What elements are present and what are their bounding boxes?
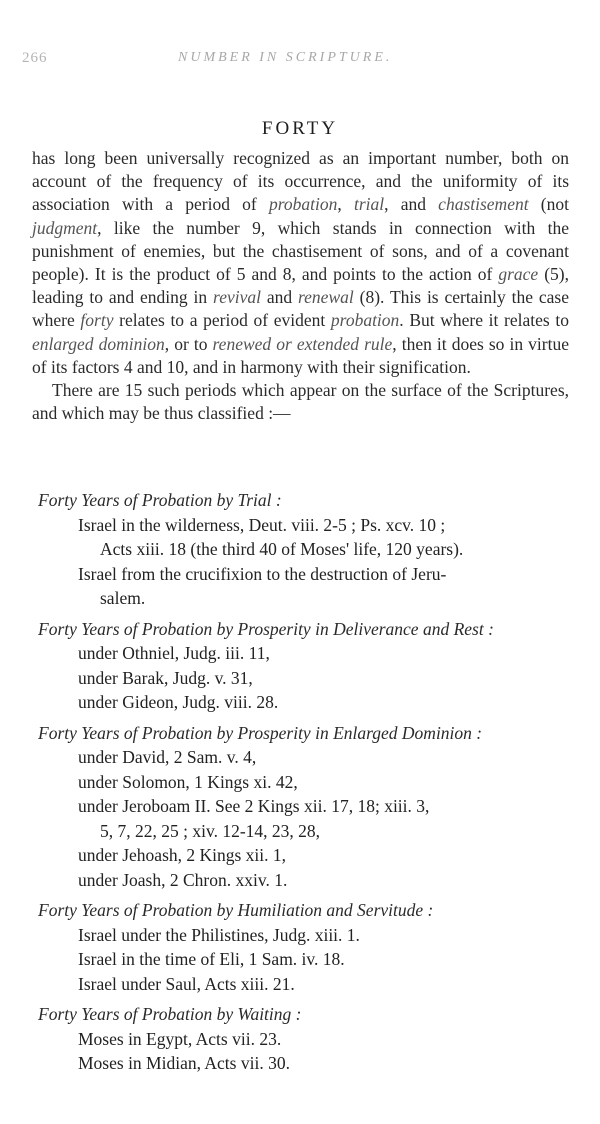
- group-heading: Forty Years of Probation by Prosperity i…: [0, 617, 600, 642]
- page-number: 266: [22, 50, 48, 67]
- intro-text: has long been universally recognized as …: [32, 147, 569, 425]
- running-title: NUMBER IN SCRIPTURE.: [178, 50, 392, 66]
- group-enlarged-dominion: Forty Years of Probation by Prosperity i…: [0, 721, 600, 893]
- running-head: 266 NUMBER IN SCRIPTURE.: [0, 50, 600, 74]
- classification-list: Forty Years of Probation by Trial : Isra…: [0, 488, 600, 1082]
- group-humiliation-servitude: Forty Years of Probation by Humiliation …: [0, 898, 600, 996]
- list-item: under Joash, 2 Chron. xxiv. 1.: [0, 868, 600, 893]
- list-item: under Othniel, Judg. iii. 11,: [0, 641, 600, 666]
- intro-paragraph-1: has long been universally recognized as …: [32, 147, 569, 379]
- list-item: Israel under Saul, Acts xiii. 21.: [0, 972, 600, 997]
- list-item: under Jeroboam II. See 2 Kings xii. 17, …: [0, 794, 600, 843]
- chapter-title: FORTY: [0, 118, 600, 140]
- group-trial: Forty Years of Probation by Trial : Isra…: [0, 488, 600, 611]
- group-waiting: Forty Years of Probation by Waiting : Mo…: [0, 1002, 600, 1076]
- group-deliverance-rest: Forty Years of Probation by Prosperity i…: [0, 617, 600, 715]
- list-item: under David, 2 Sam. v. 4,: [0, 745, 600, 770]
- group-heading: Forty Years of Probation by Waiting :: [0, 1002, 600, 1027]
- group-heading: Forty Years of Probation by Trial :: [0, 488, 600, 513]
- group-heading: Forty Years of Probation by Humiliation …: [0, 898, 600, 923]
- list-item: Israel in the time of Eli, 1 Sam. iv. 18…: [0, 947, 600, 972]
- list-item: Israel in the wilderness, Deut. viii. 2-…: [0, 513, 600, 562]
- list-item: Moses in Midian, Acts vii. 30.: [0, 1051, 600, 1076]
- list-item: under Barak, Judg. v. 31,: [0, 666, 600, 691]
- list-item: Israel from the crucifixion to the destr…: [0, 562, 600, 611]
- list-item: under Gideon, Judg. viii. 28.: [0, 690, 600, 715]
- list-item: under Jehoash, 2 Kings xii. 1,: [0, 843, 600, 868]
- group-heading: Forty Years of Probation by Prosperity i…: [0, 721, 600, 746]
- list-item: under Solomon, 1 Kings xi. 42,: [0, 770, 600, 795]
- list-item: Moses in Egypt, Acts vii. 23.: [0, 1027, 600, 1052]
- list-item: Israel under the Philistines, Judg. xiii…: [0, 923, 600, 948]
- intro-paragraph-2: There are 15 such periods which appear o…: [32, 379, 569, 425]
